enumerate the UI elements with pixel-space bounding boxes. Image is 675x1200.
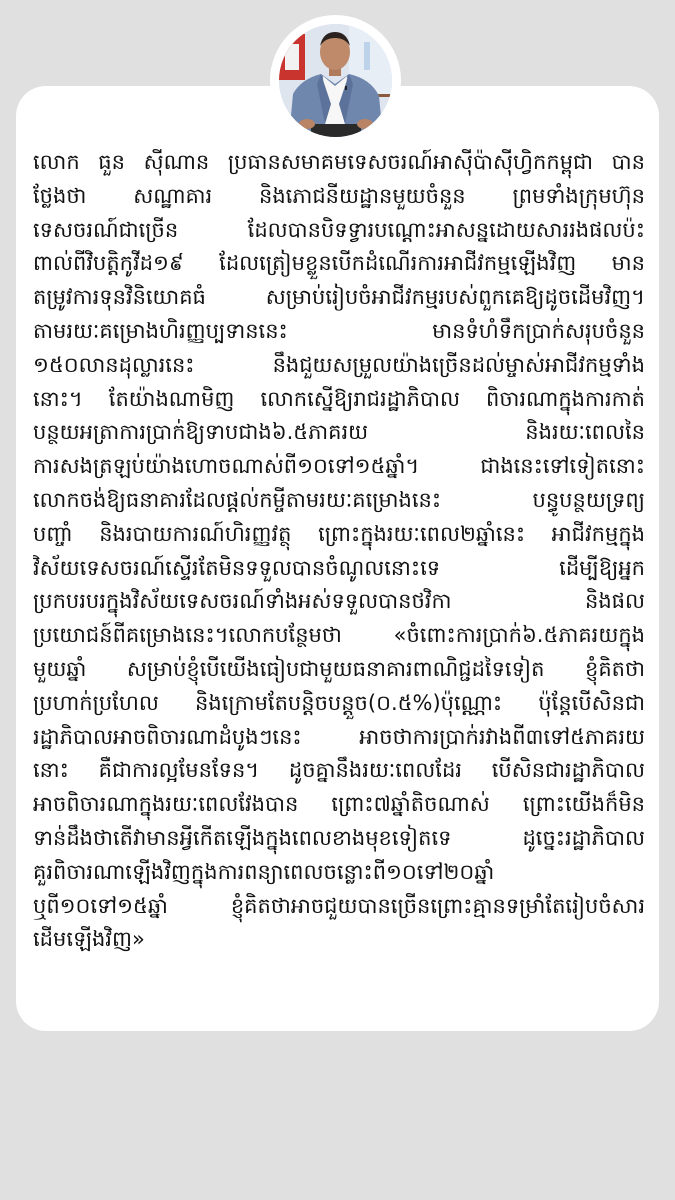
article-line: ថ្លែងថា សណ្ឋាគារ និងភោជនីយដ្ឋានមួយចំនួន … bbox=[33, 180, 645, 214]
avatar bbox=[279, 24, 392, 137]
article-line: បន្ថយអត្រាការប្រាក់ឱ្យទាបជាង៦.៥ភាគរយ និង… bbox=[33, 416, 645, 450]
article-line: រដ្ឋាភិបាលអាចពិចារណាដំបូងៗនេះ អាចថាការប្… bbox=[33, 721, 645, 755]
article-line: ដើមឡើងវិញ» bbox=[33, 923, 645, 957]
article-body: លោក ធួន ស៊ីណាន ប្រធានសមាគមទេសចរណ៍អាស៊ីប៉… bbox=[33, 146, 645, 957]
article-line: អាចពិចារណាក្នុងរយៈពេលវែងបាន ព្រោះ៧ឆ្នាំត… bbox=[33, 788, 645, 822]
article-line: ការសងត្រឡប់យ៉ាងហោចណាស់ពី១០ទៅ១៥ឆ្នាំ។ ជាង… bbox=[33, 450, 645, 484]
article-line: មួយឆ្នាំ សម្រាប់ខ្ញុំបើយើងធៀបជាមួយធនាគារ… bbox=[33, 653, 645, 687]
article-line: ឬពី១០ទៅ១៥ឆ្នាំ ខ្ញុំគិតថាអាចជួយបានច្រើនព… bbox=[33, 890, 645, 924]
article-line: គួរពិចារណាឡើងវិញក្នុងការពន្យាពេលចន្លោះពី… bbox=[33, 856, 645, 890]
article-line: ប្រយោជន៍ពីគម្រោងនេះ។លោកបន្ថែមថា «ចំពោះកា… bbox=[33, 619, 645, 653]
article-line: វិស័យទេសចរណ៍ស្ទើរតែមិនទទួលបានចំណូលនោះទេ … bbox=[33, 552, 645, 586]
article-line: ១៥០លានដុល្លារនេះ នឹងជួយសម្រួលយ៉ាងច្រើនដល… bbox=[33, 349, 645, 383]
article-line: ទេសចរណ៍ជាច្រើន ដែលបានបិទទ្វារបណ្តោះអាសន្… bbox=[33, 214, 645, 248]
article-line: ប្រហាក់ប្រហែល និងក្រោមតែបន្តិចបន្តួច(០.៥… bbox=[33, 687, 645, 721]
article-line: បញ្ចាំ និងរបាយការណ៍ហិរញ្ញវត្ថុ ព្រោះក្នុ… bbox=[33, 518, 645, 552]
article-line: លោក ធួន ស៊ីណាន ប្រធានសមាគមទេសចរណ៍អាស៊ីប៉… bbox=[33, 146, 645, 180]
person-portrait-photo-icon bbox=[279, 24, 392, 137]
article-line: នោះ។ តែយ៉ាងណាមិញ លោកស្នើឱ្យរាជរដ្ឋាភិបាល… bbox=[33, 383, 645, 417]
article-line: លោកចង់ឱ្យធនាគារដែលផ្តល់កម្ចីតាមរយៈគម្រោង… bbox=[33, 484, 645, 518]
article-line: តម្រូវការទុនវិនិយោគធំ សម្រាប់រៀបចំអាជីវក… bbox=[33, 281, 645, 315]
article-line: ទាន់ដឹងថាតើវាមានអ្វីកើតឡើងក្នុងពេលខាងមុខ… bbox=[33, 822, 645, 856]
article-line: នោះ គឺជាការល្អមែនទែន។ ដូចគ្នានឹងរយៈពេលដែ… bbox=[33, 754, 645, 788]
article-line: តាមរយៈគម្រោងហិរញ្ញប្បទាននេះ មានទំហំទឹកប្… bbox=[33, 315, 645, 349]
avatar-frame bbox=[270, 15, 401, 146]
article-line: ពាល់ពីវិបត្តិកូវីដ១៩ ដែលត្រៀមខ្លួនបើកដំណ… bbox=[33, 247, 645, 281]
article-line: ប្រកបរបរក្នុងវិស័យទេសចរណ៍ទាំងអស់ទទួលបានថ… bbox=[33, 585, 645, 619]
article-card: លោក ធួន ស៊ីណាន ប្រធានសមាគមទេសចរណ៍អាស៊ីប៉… bbox=[16, 86, 659, 1031]
